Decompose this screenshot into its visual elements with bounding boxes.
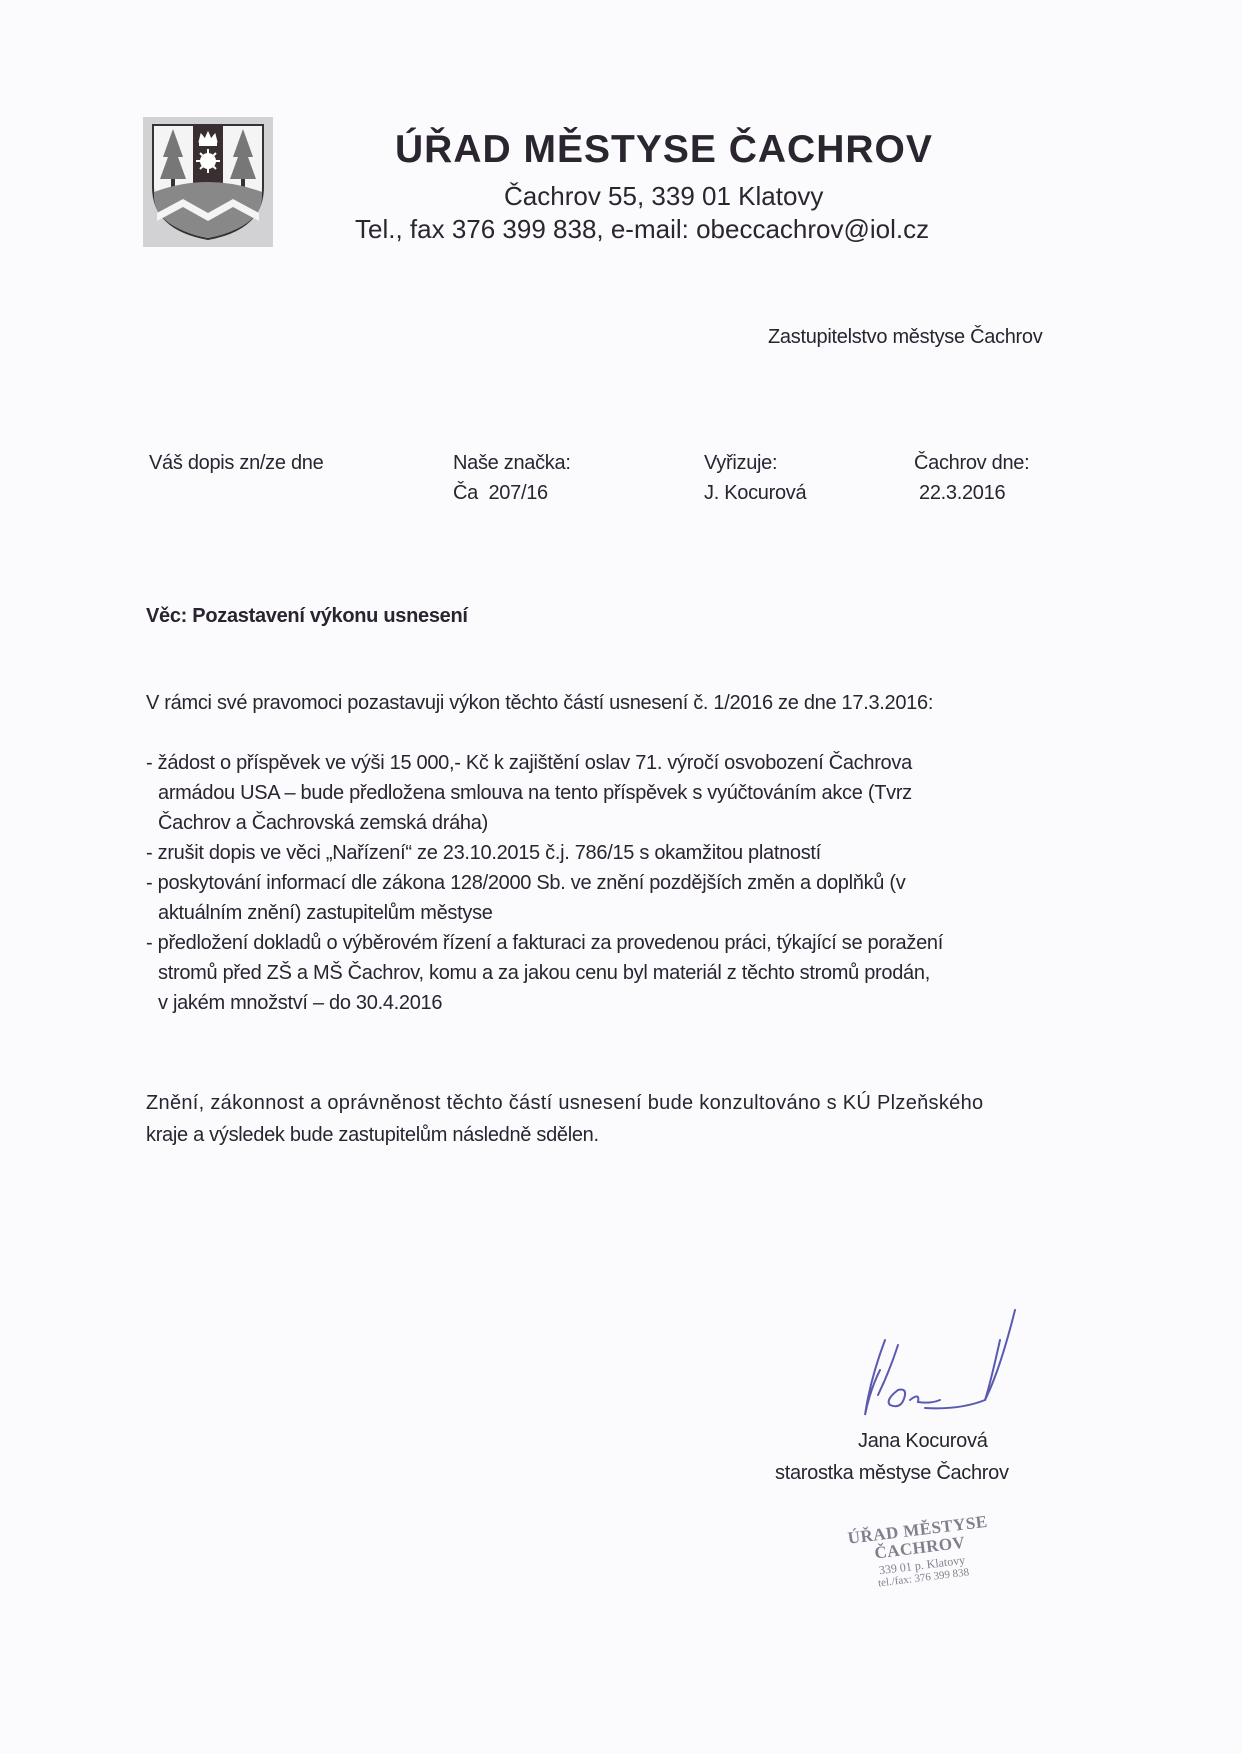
our-ref-value: Ča 207/16 — [453, 482, 548, 505]
list-item-3-line-2: aktuálním znění) zastupitelům městyse — [158, 902, 493, 925]
recipient: Zastupitelstvo městyse Čachrov — [768, 326, 1042, 349]
list-item-3-line-1: - poskytování informací dle zákona 128/2… — [146, 872, 905, 895]
list-item-4-line-3: v jakém množství – do 30.4.2016 — [158, 992, 442, 1015]
office-stamp: ÚŘAD MĚSTYSE ČACHROV 339 01 p. Klatovy t… — [827, 1509, 1017, 1620]
closing-line-2: kraje a výsledek bude zastupitelům násle… — [146, 1124, 599, 1147]
coat-of-arms-icon — [143, 117, 273, 247]
list-item-4-line-2: stromů před ZŠ a MŠ Čachrov, komu a za j… — [158, 962, 930, 985]
office-title: ÚŘAD MĚSTYSE ČACHROV — [395, 128, 933, 172]
date-value: 22.3.2016 — [919, 482, 1005, 505]
subject: Věc: Pozastavení výkonu usnesení — [146, 605, 468, 628]
handwritten-signature-icon — [840, 1300, 1040, 1430]
list-item-4-line-1: - předložení dokladů o výběrovém řízení … — [146, 932, 943, 955]
office-address: Čachrov 55, 339 01 Klatovy — [504, 181, 823, 212]
intro-paragraph: V rámci své pravomoci pozastavuji výkon … — [146, 692, 933, 715]
date-label: Čachrov dne: — [914, 452, 1029, 475]
office-contact: Tel., fax 376 399 838, e-mail: obeccachr… — [355, 214, 929, 245]
list-item-1-line-2: armádou USA – bude předložena smlouva na… — [158, 782, 912, 805]
your-letter-label: Váš dopis zn/ze dne — [149, 452, 323, 475]
handled-by-label: Vyřizuje: — [704, 452, 777, 475]
list-item-1-line-1: - žádost o příspěvek ve výši 15 000,- Kč… — [146, 752, 912, 775]
signatory-name: Jana Kocurová — [858, 1430, 988, 1453]
our-ref-label: Naše značka: — [453, 452, 571, 475]
handled-by-value: J. Kocurová — [704, 482, 806, 505]
list-item-2-line-1: - zrušit dopis ve věci „Nařízení“ ze 23.… — [146, 842, 821, 865]
closing-line-1: Znění, zákonnost a oprávněnost těchto čá… — [146, 1092, 983, 1115]
list-item-1-line-3: Čachrov a Čachrovská zemská dráha) — [158, 812, 488, 835]
signatory-role: starostka městyse Čachrov — [775, 1462, 1009, 1485]
